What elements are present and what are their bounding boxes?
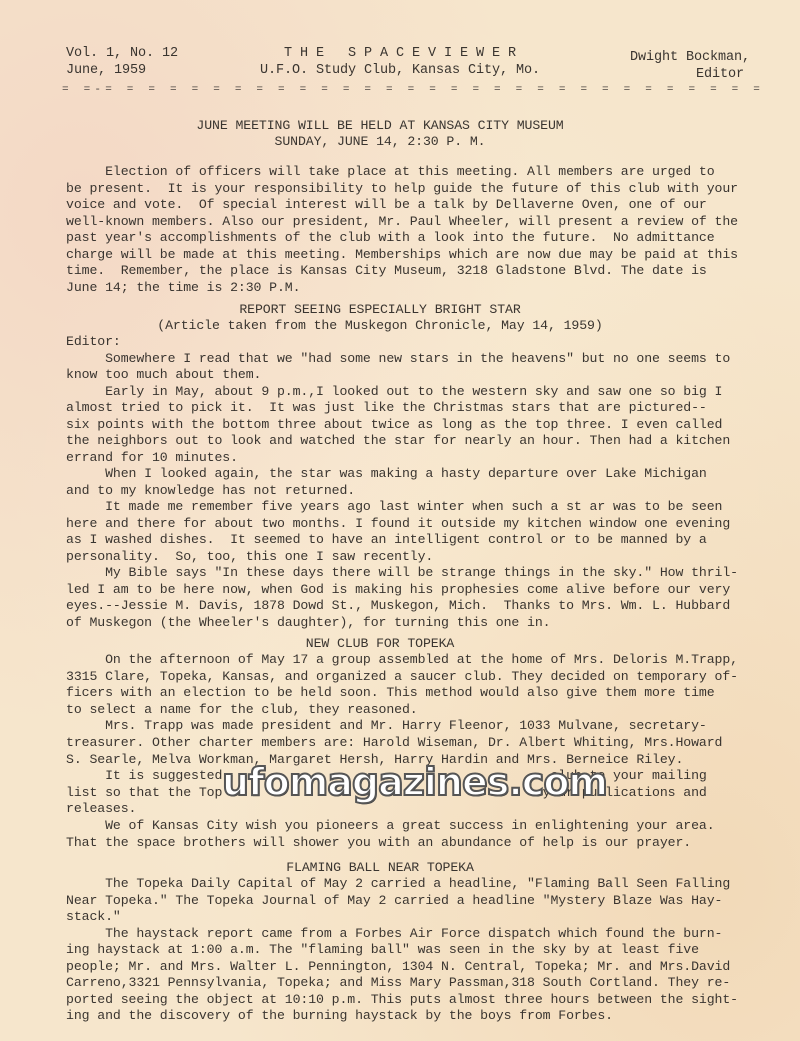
text-line: errand for 10 minutes. (66, 450, 238, 466)
text-line: treasurer. Other charter members are: Ha… (66, 735, 722, 751)
issue-date: June, 1959 (66, 63, 146, 79)
text-line: Mrs. Trapp was made president and Mr. Ha… (66, 718, 707, 734)
text-line: eyes.--Jessie M. Davis, 1878 Dowd St., M… (66, 598, 730, 614)
text-line: voice and vote. Of special interest will… (66, 197, 707, 213)
text-line: We of Kansas City wish you pioneers a gr… (66, 818, 715, 834)
text-line: It made me remember five years ago last … (66, 499, 722, 515)
article2-source: (Article taken from the Muskegon Chronic… (0, 318, 760, 334)
text-line: time. Remember, the place is Kansas City… (66, 263, 707, 279)
text-line: ported seeing the object at 10:10 p.m. T… (66, 992, 738, 1008)
text-line: Editor: (66, 334, 121, 350)
text-line: past year's accomplishments of the club … (66, 230, 715, 246)
editor-name: Dwight Bockman, (630, 50, 750, 66)
article1-headline: JUNE MEETING WILL BE HELD AT KANSAS CITY… (0, 118, 760, 134)
text-line: stack." (66, 909, 121, 925)
text-line: know too much about them. (66, 367, 261, 383)
text-line: ficers with an election to be held soon.… (66, 685, 715, 701)
text-line: of Muskegon (the Wheeler's daughter), fo… (66, 615, 550, 631)
text-line: On the afternoon of May 17 a group assem… (66, 652, 738, 668)
text-line: The haystack report came from a Forbes A… (66, 926, 722, 942)
text-line: charge will be made at this meeting. Mem… (66, 247, 738, 263)
article3-headline: NEW CLUB FOR TOPEKA (0, 636, 760, 652)
text-line: Carreno,3321 Pennsylvania, Topeka; and M… (66, 975, 730, 991)
masthead-divider: = =-= = = = = = = = = = = = = = = = = = … (62, 84, 762, 96)
text-line: My Bible says "In these days there will … (66, 565, 738, 581)
text-line: as I washed dishes. It seemed to have an… (66, 532, 707, 548)
text-line: six points with the bottom three about t… (66, 417, 722, 433)
text-line: That the space brothers will shower you … (66, 835, 691, 851)
text-line: be present. It is your responsibility to… (66, 181, 738, 197)
text-line: people; Mr. and Mrs. Walter L. Penningto… (66, 959, 730, 975)
text-line: Early in May, about 9 p.m.,I looked out … (66, 384, 722, 400)
text-line: ing haystack at 1:00 a.m. The "flaming b… (66, 942, 699, 958)
newsletter-subtitle: U.F.O. Study Club, Kansas City, Mo. (230, 63, 570, 79)
text-line: ing and the discovery of the burning hay… (66, 1008, 613, 1024)
text-line: releases. (66, 801, 136, 817)
volume-number: Vol. 1, No. 12 (66, 46, 178, 62)
text-line: to select a name for the club, they reas… (66, 702, 418, 718)
text-line: Near Topeka." The Topeka Journal of May … (66, 893, 722, 909)
watermark-logo: ufomagazines.com (222, 762, 607, 802)
text-line: Election of officers will take place at … (66, 164, 715, 180)
text-line: 3315 Clare, Topeka, Kansas, and organize… (66, 669, 738, 685)
article4-headline: FLAMING BALL NEAR TOPEKA (0, 860, 760, 876)
text-line: here and there for about two months. I f… (66, 516, 730, 532)
newsletter-page: Vol. 1, No. 12 June, 1959 T H E S P A C … (0, 0, 800, 1041)
text-line: When I looked again, the star was making… (66, 466, 707, 482)
article1-subheadline: SUNDAY, JUNE 14, 2:30 P. M. (0, 134, 760, 150)
text-line: led I am to be here now, when God is mak… (66, 582, 730, 598)
article2-headline: REPORT SEEING ESPECIALLY BRIGHT STAR (0, 302, 760, 318)
text-line: The Topeka Daily Capital of May 2 carrie… (66, 876, 730, 892)
text-line: the neighbors out to look and watched th… (66, 433, 730, 449)
text-line: well-known members. Also our president, … (66, 214, 738, 230)
text-line: Somewhere I read that we "had some new s… (66, 351, 730, 367)
text-line: June 14; the time is 2:30 P.M. (66, 280, 300, 296)
editor-role: Editor (696, 67, 744, 83)
newsletter-title: T H E S P A C E V I E W E R (230, 46, 570, 62)
text-line: almost tried to pick it. It was just lik… (66, 400, 707, 416)
text-line: and to my knowledge has not returned. (66, 483, 355, 499)
text-line: personality. So, too, this one I saw rec… (66, 549, 433, 565)
